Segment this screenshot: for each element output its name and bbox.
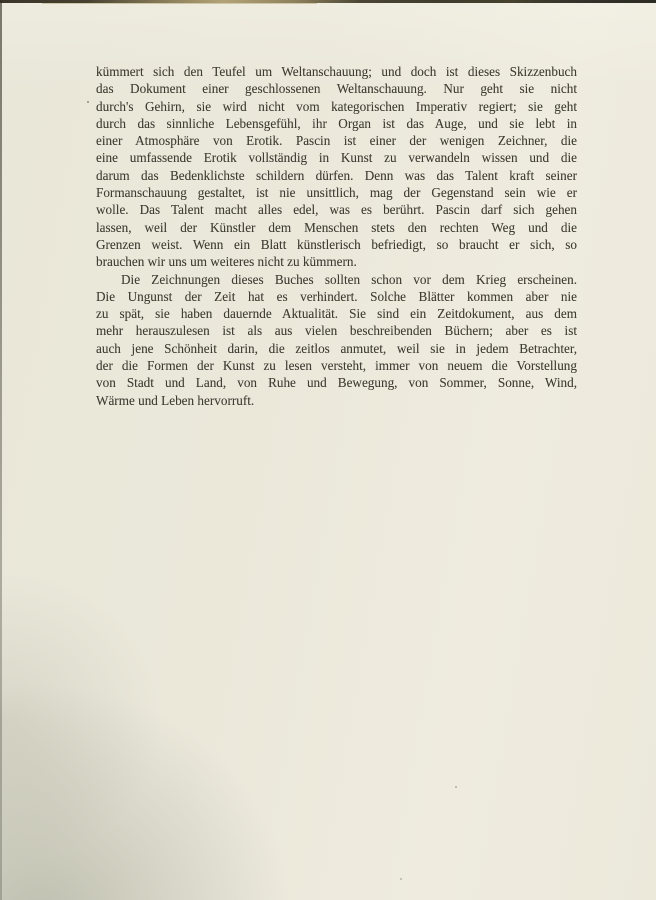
page-text-block: kümmert sich den Teufel um Weltanschauun… [96,63,577,409]
book-page-scan: kümmert sich den Teufel um Weltanschauun… [0,0,656,900]
text-line: der die Formen der Kunst zu lesen verste… [96,357,577,374]
paper-speck [455,786,457,788]
text-line: Formanschauung gestaltet, ist nie unsitt… [96,184,577,201]
paper-speck [400,878,402,880]
text-line: Die Zeichnungen dieses Buches sollten sc… [96,271,577,288]
text-line: zu spät, sie haben dauernde Aktualität. … [96,305,577,322]
text-line: mehr herauszulesen ist als aus vielen be… [96,322,577,339]
text-line: Grenzen weist. Wenn ein Blatt künstleris… [96,236,577,253]
scan-left-edge [0,0,2,900]
text-line: Wärme und Leben hervorruft. [96,392,577,409]
text-line: wolle. Das Talent macht alles edel, was … [96,201,577,218]
paragraph-2: Die Zeichnungen dieses Buches sollten sc… [96,271,577,409]
paragraph-1: kümmert sich den Teufel um Weltanschauun… [96,63,577,271]
text-line: brauchen wir uns um weiteres nicht zu kü… [96,253,577,270]
paper-speck [87,101,89,103]
text-line: durch's Gehirn, sie wird nicht vom kateg… [96,98,577,115]
text-line: darum das Bedenklichste schildern dürfen… [96,167,577,184]
text-line: von Stadt und Land, von Ruhe und Bewegun… [96,374,577,391]
scan-top-edge-highlight [42,3,317,4]
text-line: das Dokument einer geschlossenen Weltans… [96,80,577,97]
text-line: durch das sinnliche Lebensgefühl, ihr Or… [96,115,577,132]
text-line: Die Ungunst der Zeit hat es verhindert. … [96,288,577,305]
text-line: eine umfassende Erotik vollständig in Ku… [96,149,577,166]
text-line: lassen, weil der Künstler dem Menschen s… [96,219,577,236]
text-line: einer Atmosphäre von Erotik. Pascin ist … [96,132,577,149]
text-line: kümmert sich den Teufel um Weltanschauun… [96,63,577,80]
text-line: auch jene Schönheit darin, die zeitlos a… [96,340,577,357]
